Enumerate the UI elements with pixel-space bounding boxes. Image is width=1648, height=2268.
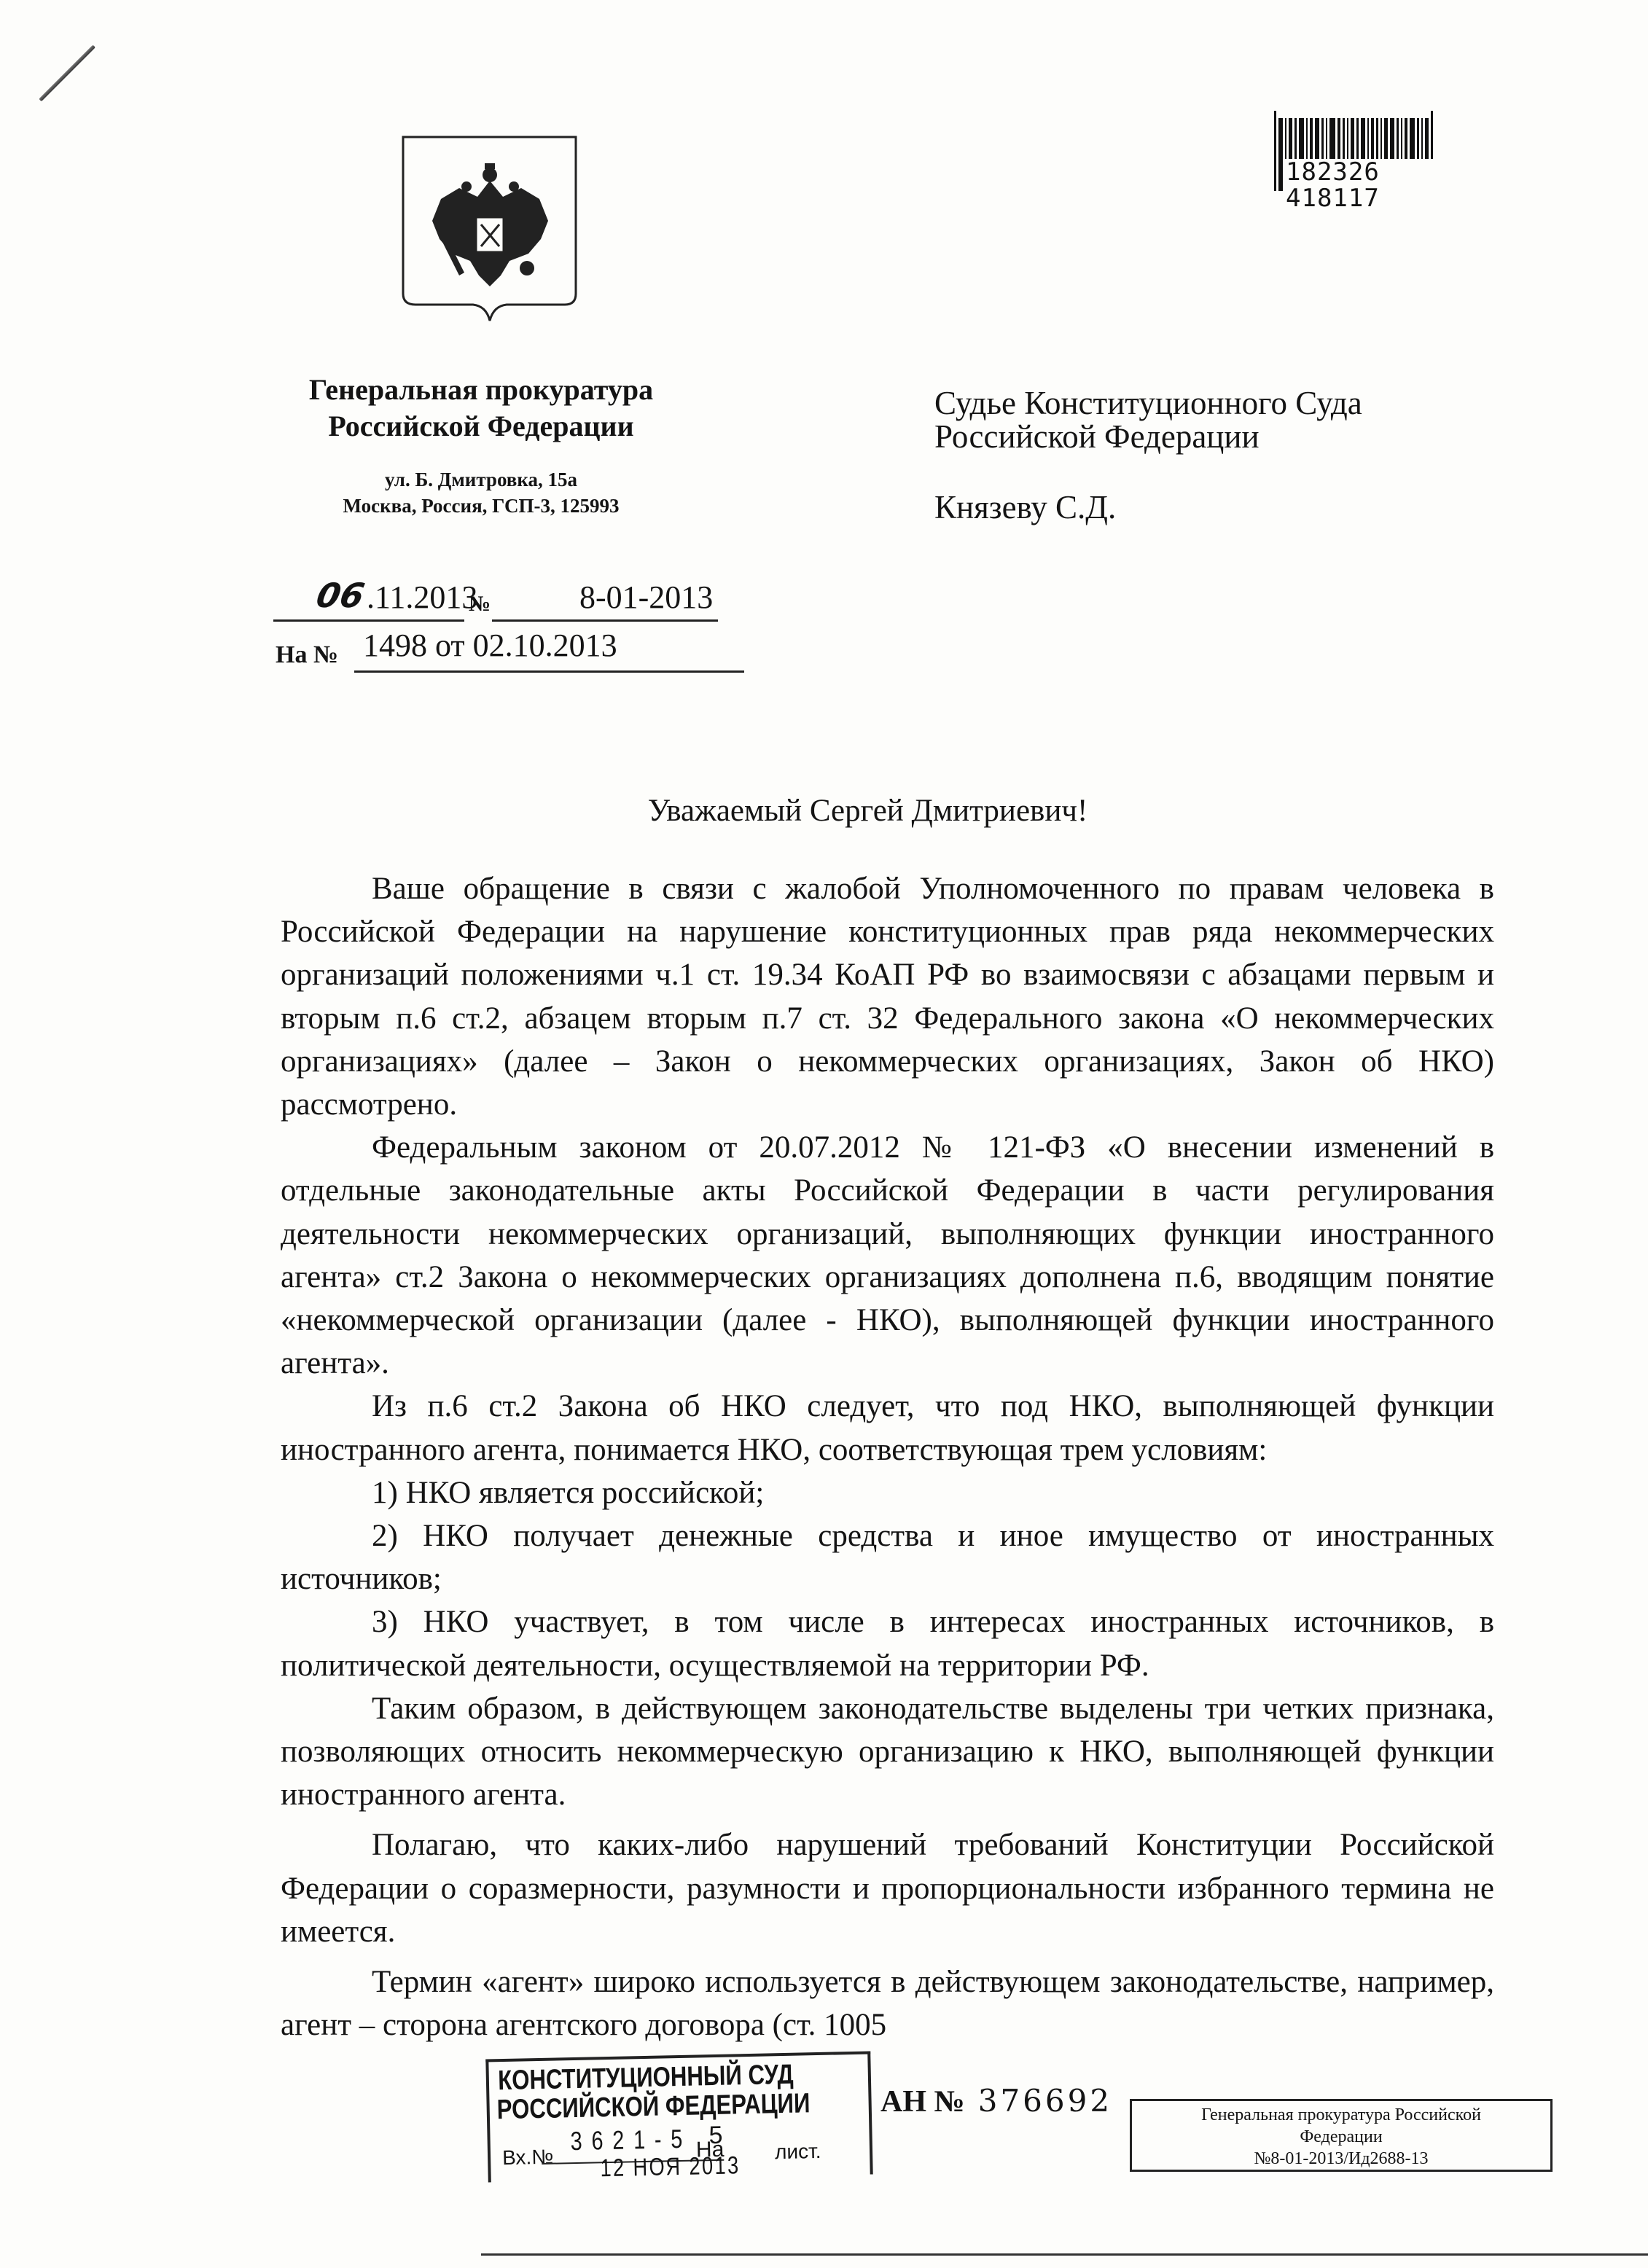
paragraph: Таким образом, в действующем законодател… (281, 1687, 1494, 1817)
stamp-line3: №8-01-2013/Ид2688-13 (1132, 2148, 1550, 2170)
serial-series: АН № (880, 2085, 965, 2119)
addressee-line1: Судье Конституционного Суда (934, 386, 1362, 420)
paragraph: Термин «агент» широко используется в дей… (281, 1960, 1494, 2046)
prosecutor-registration-stamp: Генеральная прокуратура Российской Федер… (1130, 2099, 1553, 2172)
number-label: № (469, 592, 491, 617)
sheets-label: лист. (775, 2140, 821, 2164)
salutation: Уважаемый Сергей Дмитриевич! (0, 793, 1648, 829)
sender-organization: Генеральная прокуратура Российской Федер… (270, 372, 692, 445)
underline (273, 619, 464, 622)
inbox-number: 3621-5 (570, 2124, 692, 2156)
outgoing-number: 8-01-2013 (579, 579, 713, 616)
sender-address: ул. Б. Дмитровка, 15а Москва, Россия, ГС… (306, 466, 656, 519)
received-date: 12 НОЯ 2013 (600, 2151, 741, 2183)
reference-label: На № (276, 641, 338, 669)
outgoing-number-line: 06 .11.2013 № 8-01-2013 (273, 576, 718, 619)
list-item: 1) НКО является российской; (281, 1471, 1494, 1514)
inbox-label: Вх.№ (502, 2146, 554, 2170)
stamp-line2: Федерации (1132, 2126, 1550, 2148)
stamp-line1: Генеральная прокуратура Российской (1132, 2104, 1550, 2126)
court-registration-stamp: КОНСТИТУЦИОННЫЙ СУД РОССИЙСКОЙ ФЕДЕРАЦИИ… (485, 2051, 872, 2182)
addressee-name: Князеву С.Д. (934, 488, 1116, 526)
list-item: 2) НКО получает денежные средства и иное… (281, 1514, 1494, 1600)
paragraph: Федеральным законом от 20.07.2012 № 121-… (281, 1126, 1494, 1385)
serial-number: 376692 (978, 2083, 1112, 2119)
coat-of-arms-icon (397, 130, 583, 326)
address-line1: ул. Б. Дмитровка, 15а (306, 466, 656, 493)
list-item: 3) НКО участвует, в том числе в интереса… (281, 1600, 1494, 1686)
reference-line: На № 1498 от 02.10.2013 (276, 625, 742, 676)
barcode-bar (1274, 111, 1276, 191)
paragraph: Из п.6 ст.2 Закона об НКО следует, что п… (281, 1385, 1494, 1471)
reference-value: 1498 от 02.10.2013 (363, 627, 617, 664)
org-name-line2: Российской Федерации (270, 408, 692, 445)
stamp-title-line2: РОССИЙСКОЙ ФЕДЕРАЦИИ (496, 2089, 796, 2125)
address-line2: Москва, Россия, ГСП-3, 125993 (306, 493, 656, 519)
staple-mark (39, 44, 95, 101)
barcode: 182326 418117 (1274, 111, 1465, 191)
paragraph: Ваше обращение в связи с жалобой Уполном… (281, 867, 1494, 1126)
org-name-line1: Генеральная прокуратура (270, 372, 692, 408)
form-serial-number: АН №376692 (880, 2083, 1112, 2119)
sheets-count: 5 (708, 2122, 723, 2150)
handwritten-day: 06 (313, 576, 367, 615)
addressee: Судье Конституционного Суда Российской Ф… (934, 386, 1362, 453)
letter-body: Ваше обращение в связи с жалобой Уполном… (281, 867, 1494, 2046)
outgoing-date: .11.2013 (367, 579, 477, 616)
page-edge-line (481, 2253, 1648, 2256)
underline (354, 670, 744, 673)
addressee-line2: Российской Федерации (934, 420, 1362, 453)
barcode-number: 182326 418117 (1283, 159, 1465, 211)
underline (492, 619, 718, 622)
paragraph: Полагаю, что каких-либо нарушений требов… (281, 1823, 1494, 1953)
